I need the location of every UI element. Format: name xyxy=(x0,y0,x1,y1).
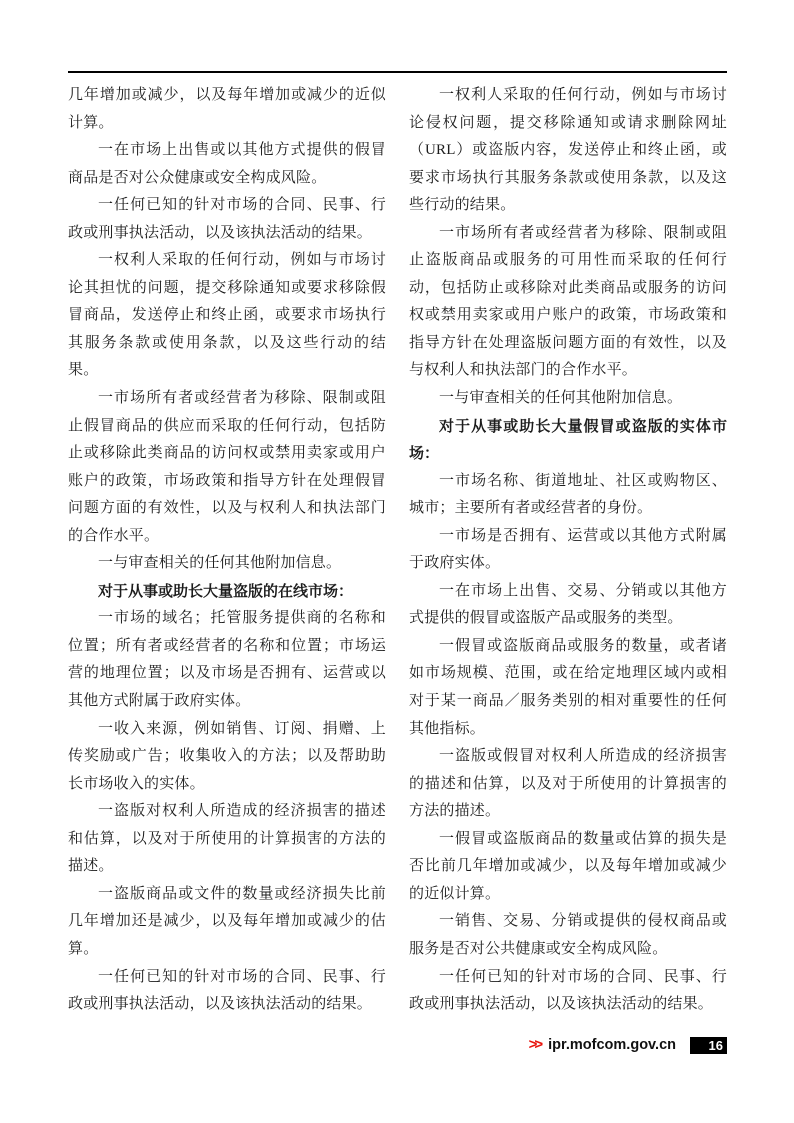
paragraph: 一在市场上出售或以其他方式提供的假冒商品是否对公众健康或安全构成风险。 xyxy=(68,137,386,192)
paragraph: 一盗版或假冒对权利人所造成的经济损害的描述和估算，以及对于所使用的计算损害的方法… xyxy=(409,743,727,826)
paragraph: 一盗版商品或文件的数量或经济损失比前几年增加还是减少，以及每年增加或减少的估算。 xyxy=(68,881,386,964)
paragraph: 一与审查相关的任何其他附加信息。 xyxy=(68,550,386,578)
section-heading: 对于从事或助长大量盗版的在线市场： xyxy=(68,578,386,606)
paragraph: 一任何已知的针对市场的合同、民事、行政或刑事执法活动，以及该执法活动的结果。 xyxy=(409,964,727,1019)
paragraph: 一权利人采取的任何行动，例如与市场讨论其担忧的问题，提交移除通知或要求移除假冒商… xyxy=(68,247,386,385)
paragraph: 一与审查相关的任何其他附加信息。 xyxy=(409,385,727,413)
document-columns: 几年增加或减少，以及每年增加或减少的近似计算。一在市场上出售或以其他方式提供的假… xyxy=(68,82,727,1019)
paragraph: 一市场是否拥有、运营或以其他方式附属于政府实体。 xyxy=(409,523,727,578)
paragraph: 一市场所有者或经营者为移除、限制或阻止盗版商品或服务的可用性而采取的任何行动，包… xyxy=(409,220,727,385)
paragraph: 一盗版对权利人所造成的经济损害的描述和估算，以及对于所使用的计算损害的方法的描述… xyxy=(68,798,386,881)
paragraph: 一假冒或盗版商品的数量或估算的损失是否比前几年增加或减少，以及每年增加或减少的近… xyxy=(409,826,727,909)
double-chevron-icon: >> xyxy=(529,1036,541,1054)
header-rule xyxy=(68,71,727,73)
section-heading: 对于从事或助长大量假冒或盗版的实体市场： xyxy=(409,413,727,468)
paragraph: 一收入来源，例如销售、订阅、捐赠、上传奖励或广告；收集收入的方法；以及帮助助长市… xyxy=(68,716,386,799)
paragraph: 一假冒或盗版商品或服务的数量，或者诸如市场规模、范围，或在给定地理区域内或相对于… xyxy=(409,633,727,743)
paragraph: 一市场的域名；托管服务提供商的名称和位置；所有者或经营者的名称和位置；市场运营的… xyxy=(68,605,386,715)
paragraph: 一任何已知的针对市场的合同、民事、行政或刑事执法活动，以及该执法活动的结果。 xyxy=(68,964,386,1019)
paragraph: 一任何已知的针对市场的合同、民事、行政或刑事执法活动，以及该执法活动的结果。 xyxy=(68,192,386,247)
page-number-badge: 16 xyxy=(690,1037,727,1054)
document-page: 几年增加或减少，以及每年增加或减少的近似计算。一在市场上出售或以其他方式提供的假… xyxy=(0,0,794,1123)
paragraph: 一在市场上出售、交易、分销或以其他方式提供的假冒或盗版产品或服务的类型。 xyxy=(409,578,727,633)
paragraph: 一权利人采取的任何行动，例如与市场讨论侵权问题，提交移除通知或请求删除网址（UR… xyxy=(409,82,727,220)
paragraph: 一销售、交易、分销或提供的侵权商品或服务是否对公共健康或安全构成风险。 xyxy=(409,908,727,963)
paragraph: 一市场所有者或经营者为移除、限制或阻止假冒商品的供应而采取的任何行动，包括防止或… xyxy=(68,385,386,550)
footer-site-url: ipr.mofcom.gov.cn xyxy=(548,1036,676,1054)
page-footer: >> ipr.mofcom.gov.cn 16 xyxy=(529,1036,727,1054)
paragraph: 一市场名称、街道地址、社区或购物区、城市；主要所有者或经营者的身份。 xyxy=(409,468,727,523)
paragraph: 几年增加或减少，以及每年增加或减少的近似计算。 xyxy=(68,82,386,137)
